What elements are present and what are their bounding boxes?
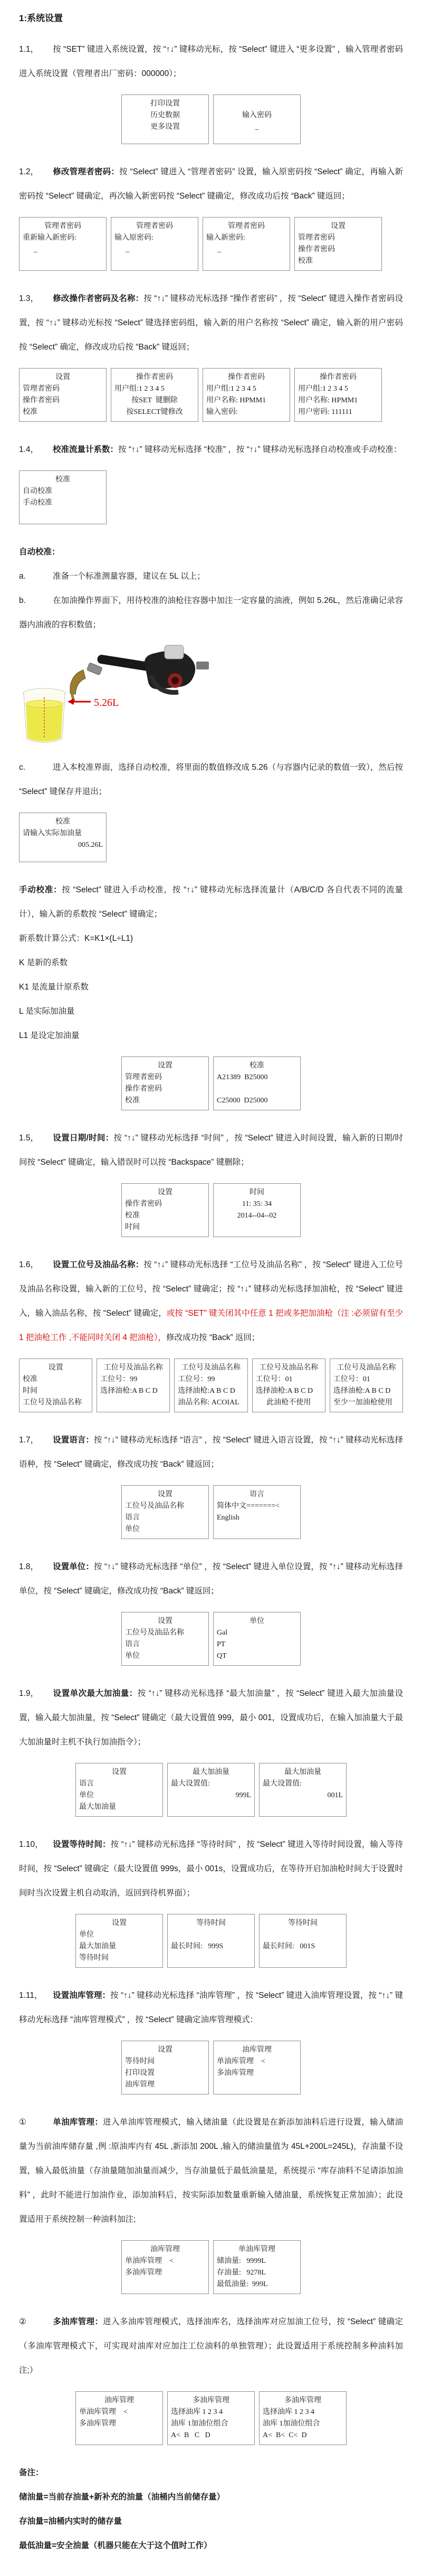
screen-line: 最大设置值: <box>171 1778 251 1790</box>
screen-line: _ <box>217 121 297 133</box>
device-screen: 语言简体中文=======<English <box>213 1485 301 1539</box>
screen-line: 操作者密码 <box>23 395 103 407</box>
paragraph: 1.3，修改操作者密码及名称：按 “↑↓” 键移动光标选择 “操作者密码” ，按… <box>19 287 403 360</box>
screen-line: 输入密码 <box>217 110 297 121</box>
screen-line: 单位 <box>79 1929 159 1941</box>
paragraph: 1.6，设置工位号及油品名称：按 “↑↓” 键移动光标选择 “工位号及油品名称”… <box>19 1253 403 1350</box>
device-screen: 工位号及油品名称工位号：01选择油枪:A B C D至少一加油枪使用 <box>330 1358 403 1412</box>
paragraph-number: 1.4， <box>19 438 53 462</box>
device-screen: 多油库管理选择油库 1 2 3 4油库 1加油位组合A< B C D <box>167 2391 255 2445</box>
body-text: L 是实际加油量 <box>19 1007 74 1016</box>
screen-line: 工位号及油品名称 <box>23 1397 89 1409</box>
screen-line: PT <box>217 1639 297 1650</box>
screen-line: 用户名称: HPMM1 <box>206 395 286 407</box>
screen-line: 单位 <box>79 1790 159 1801</box>
screen-line: 用户名称: HPMM1 <box>298 395 378 407</box>
screen-line: 油库 1加油位组合 <box>263 2418 343 2430</box>
screen-line: 设置 <box>79 1918 159 1929</box>
screen-line: 单油库管理 < <box>217 2056 297 2068</box>
paragraph: ②多油库管理：进入多油库管理模式，选择油库名，选择油库对应加油工位号，按 “Se… <box>19 2310 403 2383</box>
screen-line: 语言 <box>217 1489 297 1501</box>
screen-line: 按SET 键删除 <box>114 395 195 407</box>
screen-line: 工位号及油品名称 <box>256 1362 322 1374</box>
body-text: 设置等待时间： <box>53 1840 111 1849</box>
screen-line: 最大加油量 <box>79 1941 159 1952</box>
paragraph-number: b. <box>19 589 53 613</box>
screen-line: 等待时间 <box>263 1918 343 1929</box>
screen-line: 单位 <box>125 1524 205 1535</box>
screen-line: 多油库管理 <box>125 2267 205 2279</box>
device-screen: 油库管理单油库管理 <多油库管理 <box>213 2041 301 2094</box>
paragraph: 最低油量=安全油量（机器只能在大于这个值时工作） <box>19 2534 403 2558</box>
device-screen: 校准A21389 B25000 C25000 D25000 <box>213 1056 301 1110</box>
screen-line: 重新输入新密码: <box>23 232 103 244</box>
device-screen: 操作者密码用户组:1 2 3 4 5用户名称: HPMM1用户密码: 11111… <box>294 368 382 422</box>
device-screen: 等待时间 最长时间: 001S <box>259 1914 347 1968</box>
device-screen: 输入密码_ <box>213 95 301 144</box>
paragraph-number: 1.11， <box>19 1984 53 2008</box>
screen-line: 油库管理 <box>125 2079 205 2091</box>
paragraph-number: 1.6， <box>19 1253 53 1277</box>
screen-line: 单位 <box>125 1650 205 1662</box>
paragraph: K 是新的系数 <box>19 951 403 975</box>
device-screen: 设置校准时间工位号及油品名称 <box>19 1358 92 1412</box>
screen-line: 油库管理 <box>79 2395 159 2407</box>
screen-line: 多油库管理 <box>79 2418 159 2430</box>
paragraph-number: a. <box>19 564 53 589</box>
screen-line: 设置 <box>125 1187 205 1199</box>
screen-line: 选择油库 1 2 3 4 <box>171 2407 251 2418</box>
screen-line: 更多设置 <box>125 121 205 133</box>
paragraph: 备注： <box>19 2461 403 2485</box>
screen-line: 用户组:1 2 3 4 5 <box>114 383 195 395</box>
screen-line: 此油枪不使用 <box>256 1397 322 1409</box>
device-screen: 工位号及油品名称工位号：99选择油枪:A B C D油品名称: ACOIAL <box>174 1358 247 1412</box>
device-screen: 设置管理者密码操作者密码校准 <box>19 368 107 422</box>
screen-line: 操作者密码 <box>114 372 195 383</box>
body-text: 准备一个标准测量容器，建议在 5L 以上； <box>53 572 205 581</box>
screen-line: 设置 <box>125 1060 205 1072</box>
body-text: 在加油操作界面下，用待校准的油枪往容器中加注一定容量的油液，例如 5.26L，然… <box>19 596 403 629</box>
device-screen: 管理者密码重新输入新密码: _ <box>19 217 107 271</box>
screen-line: 操作者密码 <box>298 244 378 256</box>
screen-line: 2014--04--02 <box>217 1210 297 1222</box>
device-screen: 设置单位最大加油量等待时间 <box>75 1914 163 1968</box>
device-screen: 单位GalPTQT <box>213 1612 301 1666</box>
screen-line: 设置 <box>79 1767 159 1778</box>
body-text: 按 “Select” 键进入手动校准，按 “↑↓” 键移动光标选择流量计（A/B… <box>19 885 403 919</box>
device-screen: 油库管理单油库管理 <多油库管理 <box>121 2240 209 2294</box>
screen-line: 工位号及油品名称 <box>333 1362 399 1374</box>
device-screen-group: 打印设置历史数据更多设置 输入密码_ <box>19 95 403 144</box>
device-screen: 工位号及油品名称工位号：01选择油枪:A B C D此油枪不使用 <box>252 1358 325 1412</box>
screen-line: A< B C D <box>171 2430 251 2441</box>
screen-line: 999L <box>171 1790 251 1801</box>
screen-line: 最大加油量 <box>171 1767 251 1778</box>
device-screen-group: 油库管理单油库管理 <多油库管理单油库管理储油量: 9999L存油量: 9278… <box>19 2240 403 2294</box>
body-text: 设置单次最大加油量： <box>53 1689 138 1698</box>
screen-line: 校准 <box>23 474 103 486</box>
screen-line: 油库管理 <box>217 2044 297 2056</box>
screen-line <box>263 1929 343 1941</box>
screen-line: 最长时间: 999S <box>171 1941 251 1952</box>
screen-line: 最长时间: 001S <box>263 1941 343 1952</box>
device-screen-group: 设置工位号及油品名称语言单位语言简体中文=======<English <box>19 1485 403 1539</box>
screen-line: 最大设置值: <box>263 1778 343 1790</box>
body-text: 新系数计算公式：K=K1×(L÷L1) <box>19 934 133 943</box>
paragraph: L 是实际加油量 <box>19 999 403 1024</box>
screen-line: 历史数据 <box>125 110 205 121</box>
body-text: 存油量=油桶内实时的储存量 <box>19 2517 122 2526</box>
device-screen-group: 校准自动校准手动校准 <box>19 470 403 524</box>
screen-line: 管理者密码 <box>23 383 103 395</box>
screen-line: 等待时间 <box>171 1918 251 1929</box>
screen-line: _ <box>23 244 103 256</box>
body-text: 进入单油库管理模式，输入储油量（此设置是在新添加油料后进行设置，输入储油量为当前… <box>19 2118 403 2224</box>
screen-line: 工位号：01 <box>333 1374 399 1385</box>
device-screen: 设置语言单位最大加油量 <box>75 1763 163 1817</box>
screen-line: 打印设置 <box>125 2068 205 2079</box>
screen-line: 用户组:1 2 3 4 5 <box>206 383 286 395</box>
screen-line: 设置 <box>23 372 103 383</box>
screen-line: 005.26L <box>23 839 103 851</box>
device-screen-group: 油库管理单油库管理 <多油库管理多油库管理选择油库 1 2 3 4油库 1加油位… <box>19 2391 403 2445</box>
device-screen: 设置工位号及油品名称语言单位 <box>121 1612 209 1666</box>
screen-line: 等待时间 <box>125 2056 205 2068</box>
screen-line: 油库管理 <box>125 2244 205 2256</box>
screen-line: 语言 <box>125 1639 205 1650</box>
device-screen-group: 设置校准时间工位号及油品名称工位号及油品名称工位号：99选择油枪:A B C D… <box>19 1358 403 1412</box>
paragraph-number: 1.5， <box>19 1126 53 1150</box>
paragraph: a.准备一个标准测量容器，建议在 5L 以上； <box>19 564 403 589</box>
paragraph: ①单油库管理：进入单油库管理模式，输入储油量（此设置是在新添加油料后进行设置，输… <box>19 2110 403 2232</box>
screen-line: 工位号：99 <box>100 1374 166 1385</box>
device-screen-group: 设置语言单位最大加油量最大加油量最大设置值:999L最大加油量最大设置值:001… <box>19 1763 403 1817</box>
device-screen: 单油库管理储油量: 9999L存油量: 9278L最低油量: 999L <box>213 2240 301 2294</box>
paragraph-number: 1.8， <box>19 1555 53 1579</box>
screen-line: 设置 <box>298 221 378 232</box>
paragraph: K1 是流量计原系数 <box>19 975 403 999</box>
screen-line: 简体中文=======< <box>217 1501 297 1512</box>
screen-line: English <box>217 1512 297 1524</box>
paragraph-number: ② <box>19 2310 53 2334</box>
body-text: 修改操作者密码及名称： <box>53 294 143 303</box>
paragraph: 1.2，修改管理者密码：按 “Select” 键进入 “管理者密码” 设置，输入… <box>19 160 403 209</box>
screen-line: QT <box>217 1650 297 1662</box>
screen-line: 工位号及油品名称 <box>178 1362 244 1374</box>
screen-line: 最低油量: 999L <box>217 2279 297 2290</box>
device-screen-group: 校准请输入实际加油量005.26L <box>19 813 403 862</box>
device-screen: 油库管理单油库管理 <多油库管理 <box>75 2391 163 2445</box>
device-screen-group: 设置等待时间打印设置油库管理油库管理单油库管理 <多油库管理 <box>19 2041 403 2094</box>
screen-line: 设置 <box>125 2044 205 2056</box>
screen-line: A< B< C< D <box>263 2430 343 2441</box>
screen-line: 校准 <box>23 1374 89 1385</box>
screen-line: 手动校准 <box>23 497 103 509</box>
device-screen: 设置管理者密码操作者密码校准 <box>121 1056 209 1110</box>
paragraph-number: 1.2， <box>19 160 53 184</box>
screen-line: 输入原密码: <box>114 232 195 244</box>
screen-line: 油品名称: ACOIAL <box>178 1397 244 1409</box>
body-text: 最低油量=安全油量（机器只能在大于这个值时工作） <box>19 2541 212 2550</box>
device-screen-group: 设置管理者密码操作者密码校准校准A21389 B25000 C25000 D25… <box>19 1056 403 1110</box>
paragraph: 1.11，设置油库管理：按 “↑↓” 键移动光标选择 “油库管理” ，按 “Se… <box>19 1984 403 2032</box>
nozzle-beaker-photo: 5.26L <box>19 643 246 748</box>
paragraph: 自动校准： <box>19 540 403 564</box>
paragraph-number: 1.7， <box>19 1428 53 1452</box>
screen-line: 按SELECT键修改 <box>114 407 195 418</box>
paragraph: 存油量=油桶内实时的储存量 <box>19 2509 403 2534</box>
paragraph: L1 是设定加油量 <box>19 1024 403 1048</box>
paragraph-number: 1.1， <box>19 37 53 62</box>
screen-line: 管理者密码 <box>206 221 286 232</box>
screen-line: 校准 <box>23 407 103 418</box>
body-text: 进入本校准界面，选择自动校准，将里面的数值修改成 5.26（与容器内记录的数值一… <box>19 763 403 796</box>
body-text: K1 是流量计原系数 <box>19 983 89 992</box>
paragraph: 储油量=当前存油量+新补充的油量（油桶内当前储存量） <box>19 2485 403 2509</box>
screen-line: 操作者密码 <box>125 1083 205 1095</box>
screen-line <box>217 1083 297 1095</box>
screen-line: 请输入实际加油量 <box>23 828 103 839</box>
screen-line: 时间 <box>23 1385 89 1397</box>
screen-line: 校准 <box>125 1210 205 1222</box>
paragraph-number: c. <box>19 756 53 780</box>
screen-line: 单油库管理 < <box>79 2407 159 2418</box>
body-text: 单油库管理： <box>53 2118 103 2127</box>
manual-document: 1:系统设置1.1，按 “SET” 键进入系统设置，按 “↑↓” 键移动光标，按… <box>0 0 422 2576</box>
screen-line: 工位号及油品名称 <box>125 1501 205 1512</box>
screen-line: 用户密码: 111111 <box>298 407 378 418</box>
screen-line: 工位号：99 <box>178 1374 244 1385</box>
screen-line: 管理者密码 <box>114 221 195 232</box>
screen-line: _ <box>206 244 286 256</box>
device-screen: 设置操作者密码校准时间 <box>121 1183 209 1237</box>
screen-line: 001L <box>263 1790 343 1801</box>
screen-line: 校准 <box>298 256 378 267</box>
device-screen: 设置等待时间打印设置油库管理 <box>121 2041 209 2094</box>
body-text: 储油量=当前存油量+新补充的油量（油桶内当前储存量） <box>19 2493 225 2502</box>
screen-line: 存油量: 9278L <box>217 2267 297 2279</box>
paragraph-number: ① <box>19 2110 53 2135</box>
paragraph: 手动校准：按 “Select” 键进入手动校准，按 “↑↓” 键移动光标选择流量… <box>19 878 403 927</box>
screen-line: 储油量: 9999L <box>217 2256 297 2267</box>
body-text: 设置单位： <box>53 1562 94 1571</box>
screen-line: 油库 1加油位组合 <box>171 2418 251 2430</box>
paragraph-number: 1.9， <box>19 1682 53 1706</box>
screen-line: 操作者密码 <box>206 372 286 383</box>
body-text: 自动校准： <box>19 548 60 556</box>
page-title: 1:系统设置 <box>19 11 403 24</box>
screen-line: 选择油枪:A B C D <box>256 1385 322 1397</box>
paragraph: c.进入本校准界面，选择自动校准，将里面的数值修改成 5.26（与容器内记录的数… <box>19 756 403 804</box>
paragraph: 1.7，设置语言：按 “↑↓” 键移动光标选择 “语言” ，按 “Select”… <box>19 1428 403 1477</box>
screen-line: 设置 <box>125 1489 205 1501</box>
device-screen: 工位号及油品名称工位号：99选择油枪:A B C D <box>97 1358 170 1412</box>
screen-line: 工位号及油品名称 <box>125 1627 205 1639</box>
body-text: L1 是设定加油量 <box>19 1031 80 1040</box>
screen-line <box>217 98 297 110</box>
screen-line: 单油库管理 < <box>125 2256 205 2267</box>
screen-line: 选择油枪:A B C D <box>178 1385 244 1397</box>
screen-line: 语言 <box>79 1778 159 1790</box>
paragraph: b.在加油操作界面下，用待校准的油枪往容器中加注一定容量的油液，例如 5.26L… <box>19 589 403 637</box>
body-text: K 是新的系数 <box>19 958 68 967</box>
device-screen: 打印设置历史数据更多设置 <box>121 95 209 144</box>
device-screen-group: 设置管理者密码操作者密码校准操作者密码用户组:1 2 3 4 5按SET 键删除… <box>19 368 403 422</box>
screen-line: Gal <box>217 1627 297 1639</box>
screen-line: 最大加油量 <box>263 1767 343 1778</box>
screen-line <box>171 1929 251 1941</box>
screen-line: 管理者密码 <box>125 1072 205 1083</box>
device-screen: 设置工位号及油品名称语言单位 <box>121 1485 209 1539</box>
device-screen: 时间11: 35: 342014--04--02 <box>213 1183 301 1237</box>
calibration-photo: 5.26L <box>19 643 403 748</box>
screen-line: A21389 B25000 <box>217 1072 297 1083</box>
screen-line: 工位号：01 <box>256 1374 322 1385</box>
device-screen: 管理者密码输入新密码: _ <box>203 217 290 271</box>
device-screen: 校准请输入实际加油量005.26L <box>19 813 107 862</box>
screen-line: C25000 D25000 <box>217 1095 297 1107</box>
screen-line: 设置 <box>23 1362 89 1374</box>
device-screen-group: 设置单位最大加油量等待时间等待时间 最长时间: 999S等待时间 最长时间: 0… <box>19 1914 403 1968</box>
screen-line: 等待时间 <box>79 1952 159 1964</box>
device-screen: 设置管理者密码操作者密码校准 <box>294 217 382 271</box>
paragraph-number: 1.10， <box>19 1833 53 1857</box>
screen-line: 多油库管理 <box>217 2068 297 2079</box>
paragraph: 1.4，校准流量计系数：按 “↑↓” 键移动光标选择 “校准” ，按 “↑↓” … <box>19 438 403 462</box>
screen-line: 校准 <box>217 1060 297 1072</box>
paragraph: 1.8，设置单位：按 “↑↓” 键移动光标选择 “单位” ，按 “Select”… <box>19 1555 403 1603</box>
screen-line: 用户组:1 2 3 4 5 <box>298 383 378 395</box>
device-screen-group: 设置操作者密码校准时间时间11: 35: 342014--04--02 <box>19 1183 403 1237</box>
screen-line: _ <box>114 244 195 256</box>
screen-line: 选择油枪:A B C D <box>100 1385 166 1397</box>
body-text: 修改成功按 “Back” 返回； <box>166 1333 260 1342</box>
body-text: 设置日期/时间： <box>53 1134 114 1143</box>
device-screen: 操作者密码用户组:1 2 3 4 5按SET 键删除按SELECT键修改 <box>111 368 198 422</box>
screen-line: 校准 <box>23 816 103 828</box>
screen-line: 语言 <box>125 1512 205 1524</box>
screen-line: 最大加油量 <box>79 1801 159 1813</box>
screen-line: 设置 <box>125 1616 205 1627</box>
screen-line: 操作者密码 <box>125 1199 205 1210</box>
paragraph: 1.10，设置等待时间：按 “↑↓” 键移动光标选择 “等待时间” ，按 “Se… <box>19 1833 403 1905</box>
screen-line: 多油库管理 <box>171 2395 251 2407</box>
screen-line: 多油库管理 <box>263 2395 343 2407</box>
body-text: 按 “SET” 键进入系统设置，按 “↑↓” 键移动光标，按 “Select” … <box>19 45 403 78</box>
body-text: 多油库管理： <box>53 2317 103 2326</box>
paragraph: 1.5，设置日期/时间：按 “↑↓” 键移动光标选择 “时间” ，按 “Sele… <box>19 1126 403 1175</box>
screen-line: 输入新密码: <box>206 232 286 244</box>
screen-line: 单位 <box>217 1616 297 1627</box>
screen-line <box>23 509 103 521</box>
screen-line: 操作者密码 <box>298 372 378 383</box>
paragraph: 新系数计算公式：K=K1×(L÷L1) <box>19 927 403 951</box>
body-text: 校准流量计系数： <box>53 445 118 454</box>
paragraph-number: 1.3， <box>19 287 53 311</box>
body-text: 手动校准： <box>19 885 62 894</box>
body-text: 按 “↑↓” 键移动光标选择 “校准” ，按 “↑↓” 键移动光标选择自动校准或… <box>118 445 401 454</box>
screen-line: 打印设置 <box>125 98 205 110</box>
paragraph: 1.1，按 “SET” 键进入系统设置，按 “↑↓” 键移动光标，按 “Sele… <box>19 37 403 86</box>
screen-line: 时间 <box>125 1222 205 1233</box>
body-text: 设置油库管理： <box>53 1991 110 2000</box>
screen-line: 选择油枪:A B C D <box>333 1385 399 1397</box>
device-screen-group: 管理者密码重新输入新密码: _管理者密码输入原密码: _管理者密码输入新密码: … <box>19 217 403 271</box>
screen-line: 11: 35: 34 <box>217 1199 297 1210</box>
body-text: 修改管理者密码： <box>53 167 119 176</box>
screen-line: 选择油库 1 2 3 4 <box>263 2407 343 2418</box>
screen-line: 至少一加油枪使用 <box>333 1397 399 1409</box>
screen-line: 管理者密码 <box>298 232 378 244</box>
device-screen: 管理者密码输入原密码: _ <box>111 217 198 271</box>
body-text: 备注： <box>19 2468 44 2477</box>
device-screen: 等待时间 最长时间: 999S <box>167 1914 255 1968</box>
screen-line: 工位号及油品名称 <box>100 1362 166 1374</box>
body-text: 设置工位号及油品名称： <box>53 1260 143 1269</box>
screen-line: 校准 <box>125 1095 205 1107</box>
volume-label: 5.26L <box>94 697 119 709</box>
screen-line: 单油库管理 <box>217 2244 297 2256</box>
body-text: 设置语言： <box>53 1436 94 1445</box>
device-screen: 最大加油量最大设置值:001L <box>259 1763 347 1817</box>
paragraph: 1.9，设置单次最大加油量：按 “↑↓” 键移动光标选择 “最大加油量” ，按 … <box>19 1682 403 1754</box>
device-screen: 校准自动校准手动校准 <box>19 470 107 524</box>
screen-line: 输入密码: <box>206 407 286 418</box>
device-screen-group: 设置工位号及油品名称语言单位单位GalPTQT <box>19 1612 403 1666</box>
screen-line: 时间 <box>217 1187 297 1199</box>
screen-line: 自动校准 <box>23 486 103 497</box>
device-screen: 操作者密码用户组:1 2 3 4 5用户名称: HPMM1输入密码: <box>203 368 290 422</box>
device-screen: 多油库管理选择油库 1 2 3 4油库 1加油位组合A< B< C< D <box>259 2391 347 2445</box>
device-screen: 最大加油量最大设置值:999L <box>167 1763 255 1817</box>
screen-line: 管理者密码 <box>23 221 103 232</box>
